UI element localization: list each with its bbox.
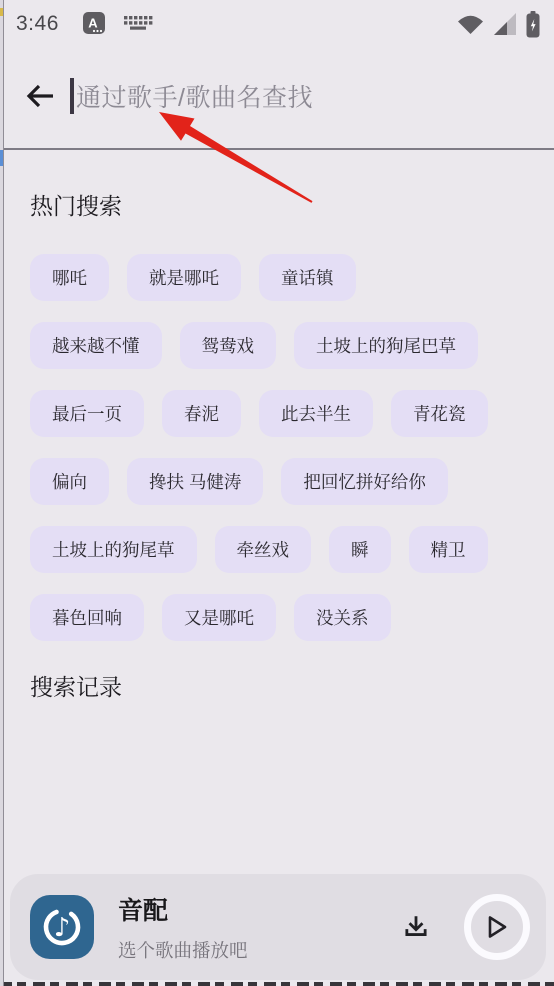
status-bar: 3:46 A xyxy=(0,0,554,44)
play-button[interactable] xyxy=(464,894,530,960)
app-screen: 3:46 A xyxy=(0,0,554,986)
hot-search-chip[interactable]: 土坡上的狗尾草 xyxy=(30,526,197,573)
hot-search-chip[interactable]: 哪吒 xyxy=(30,254,109,301)
download-button[interactable] xyxy=(396,907,436,947)
clock: 3:46 xyxy=(16,12,59,36)
hot-search-chip[interactable]: 青花瓷 xyxy=(391,390,488,437)
keyboard-icon xyxy=(123,15,153,33)
hot-search-chip[interactable]: 就是哪吒 xyxy=(127,254,241,301)
search-history-title: 搜索记录 xyxy=(30,669,524,702)
chip-row: 越来越不懂鸳鸯戏土坡上的狗尾巴草 xyxy=(30,322,524,369)
search-content: 热门搜索 哪吒就是哪吒童话镇越来越不懂鸳鸯戏土坡上的狗尾巴草最后一页春泥此去半生… xyxy=(0,150,554,702)
search-placeholder: 通过歌手/歌曲名查找 xyxy=(76,78,313,114)
app-logo-icon: ♪ xyxy=(30,895,94,959)
chip-row: 土坡上的狗尾草牵丝戏瞬精卫 xyxy=(30,526,524,573)
hot-search-chip[interactable]: 此去半生 xyxy=(259,390,373,437)
hot-search-chip[interactable]: 春泥 xyxy=(162,390,241,437)
svg-text:♪: ♪ xyxy=(54,913,71,943)
back-button[interactable] xyxy=(20,76,60,116)
chip-row: 哪吒就是哪吒童话镇 xyxy=(30,254,524,301)
hot-search-chip[interactable]: 偏向 xyxy=(30,458,109,505)
cell-signal-icon xyxy=(494,13,516,35)
input-method-a-icon: A xyxy=(83,12,105,36)
hot-search-chip[interactable]: 牵丝戏 xyxy=(215,526,312,573)
hot-search-chips: 哪吒就是哪吒童话镇越来越不懂鸳鸯戏土坡上的狗尾巴草最后一页春泥此去半生青花瓷偏向… xyxy=(30,254,524,641)
screen-edge-artifact xyxy=(0,8,3,16)
hot-search-chip[interactable]: 土坡上的狗尾巴草 xyxy=(294,322,478,369)
svg-text:A: A xyxy=(88,16,98,31)
hot-search-chip[interactable]: 最后一页 xyxy=(30,390,144,437)
hot-search-chip[interactable]: 瞬 xyxy=(329,526,391,573)
hot-search-chip[interactable]: 鸳鸯戏 xyxy=(180,322,277,369)
hot-search-chip[interactable]: 没关系 xyxy=(294,594,391,641)
search-input[interactable]: 通过歌手/歌曲名查找 xyxy=(70,44,554,148)
app-name: 音配 xyxy=(118,891,396,927)
mini-player-bar: ♪ 音配 选个歌曲播放吧 xyxy=(10,874,546,980)
screen-edge-artifact xyxy=(0,0,4,986)
wifi-icon xyxy=(457,14,484,35)
battery-charging-icon xyxy=(526,11,540,38)
cutoff-content-strip xyxy=(0,982,554,986)
player-bar-subtitle: 选个歌曲播放吧 xyxy=(118,937,396,963)
chip-row: 最后一页春泥此去半生青花瓷 xyxy=(30,390,524,437)
hot-search-chip[interactable]: 精卫 xyxy=(409,526,488,573)
hot-search-title: 热门搜索 xyxy=(30,150,524,221)
hot-search-chip[interactable]: 越来越不懂 xyxy=(30,322,162,369)
player-bar-texts: 音配 选个歌曲播放吧 xyxy=(118,891,396,963)
search-bar: 通过歌手/歌曲名查找 xyxy=(0,44,554,150)
hot-search-chip[interactable]: 童话镇 xyxy=(259,254,356,301)
status-bar-right xyxy=(447,11,540,38)
chip-row: 偏向搀扶 马健涛把回忆拼好给你 xyxy=(30,458,524,505)
hot-search-chip[interactable]: 把回忆拼好给你 xyxy=(281,458,448,505)
text-caret xyxy=(70,78,74,114)
hot-search-chip[interactable]: 暮色回响 xyxy=(30,594,144,641)
hot-search-chip[interactable]: 搀扶 马健涛 xyxy=(127,458,263,505)
chip-row: 暮色回响又是哪吒没关系 xyxy=(30,594,524,641)
screen-edge-artifact xyxy=(0,150,3,166)
hot-search-chip[interactable]: 又是哪吒 xyxy=(162,594,276,641)
